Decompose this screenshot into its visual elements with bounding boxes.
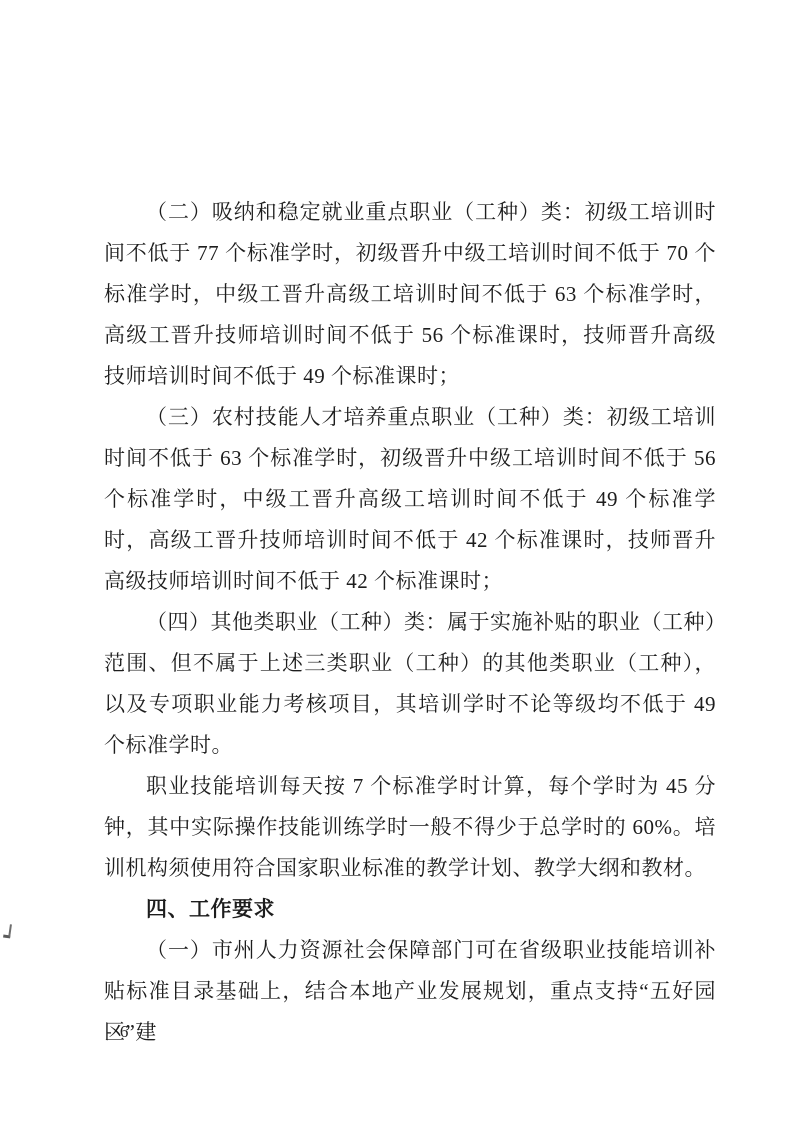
paragraph-class-3: （三）农村技能人才培养重点职业（工种）类：初级工培训时间不低于 63 个标准学时… (104, 397, 716, 602)
paragraph-class-4: （四）其他类职业（工种）类：属于实施补贴的职业（工种）范围、但不属于上述三类职业… (104, 602, 716, 766)
scan-artifact-mark (3, 924, 12, 939)
document-body: （二）吸纳和稳定就业重点职业（工种）类：初级工培训时间不低于 77 个标准学时，… (104, 192, 716, 1053)
paragraph-class-2: （二）吸纳和稳定就业重点职业（工种）类：初级工培训时间不低于 77 个标准学时，… (104, 192, 716, 397)
section-heading-work-requirements: 四、工作要求 (104, 889, 716, 930)
paragraph-training-hours: 职业技能培训每天按 7 个标准学时计算，每个学时为 45 分钟，其中实际操作技能… (104, 766, 716, 889)
page-number: - 6 - (106, 1022, 144, 1042)
document-page: （二）吸纳和稳定就业重点职业（工种）类：初级工培训时间不低于 77 个标准学时，… (0, 0, 793, 1122)
paragraph-work-requirement-1: （一）市州人力资源社会保障部门可在省级职业技能培训补贴标准目录基础上，结合本地产… (104, 930, 716, 1053)
